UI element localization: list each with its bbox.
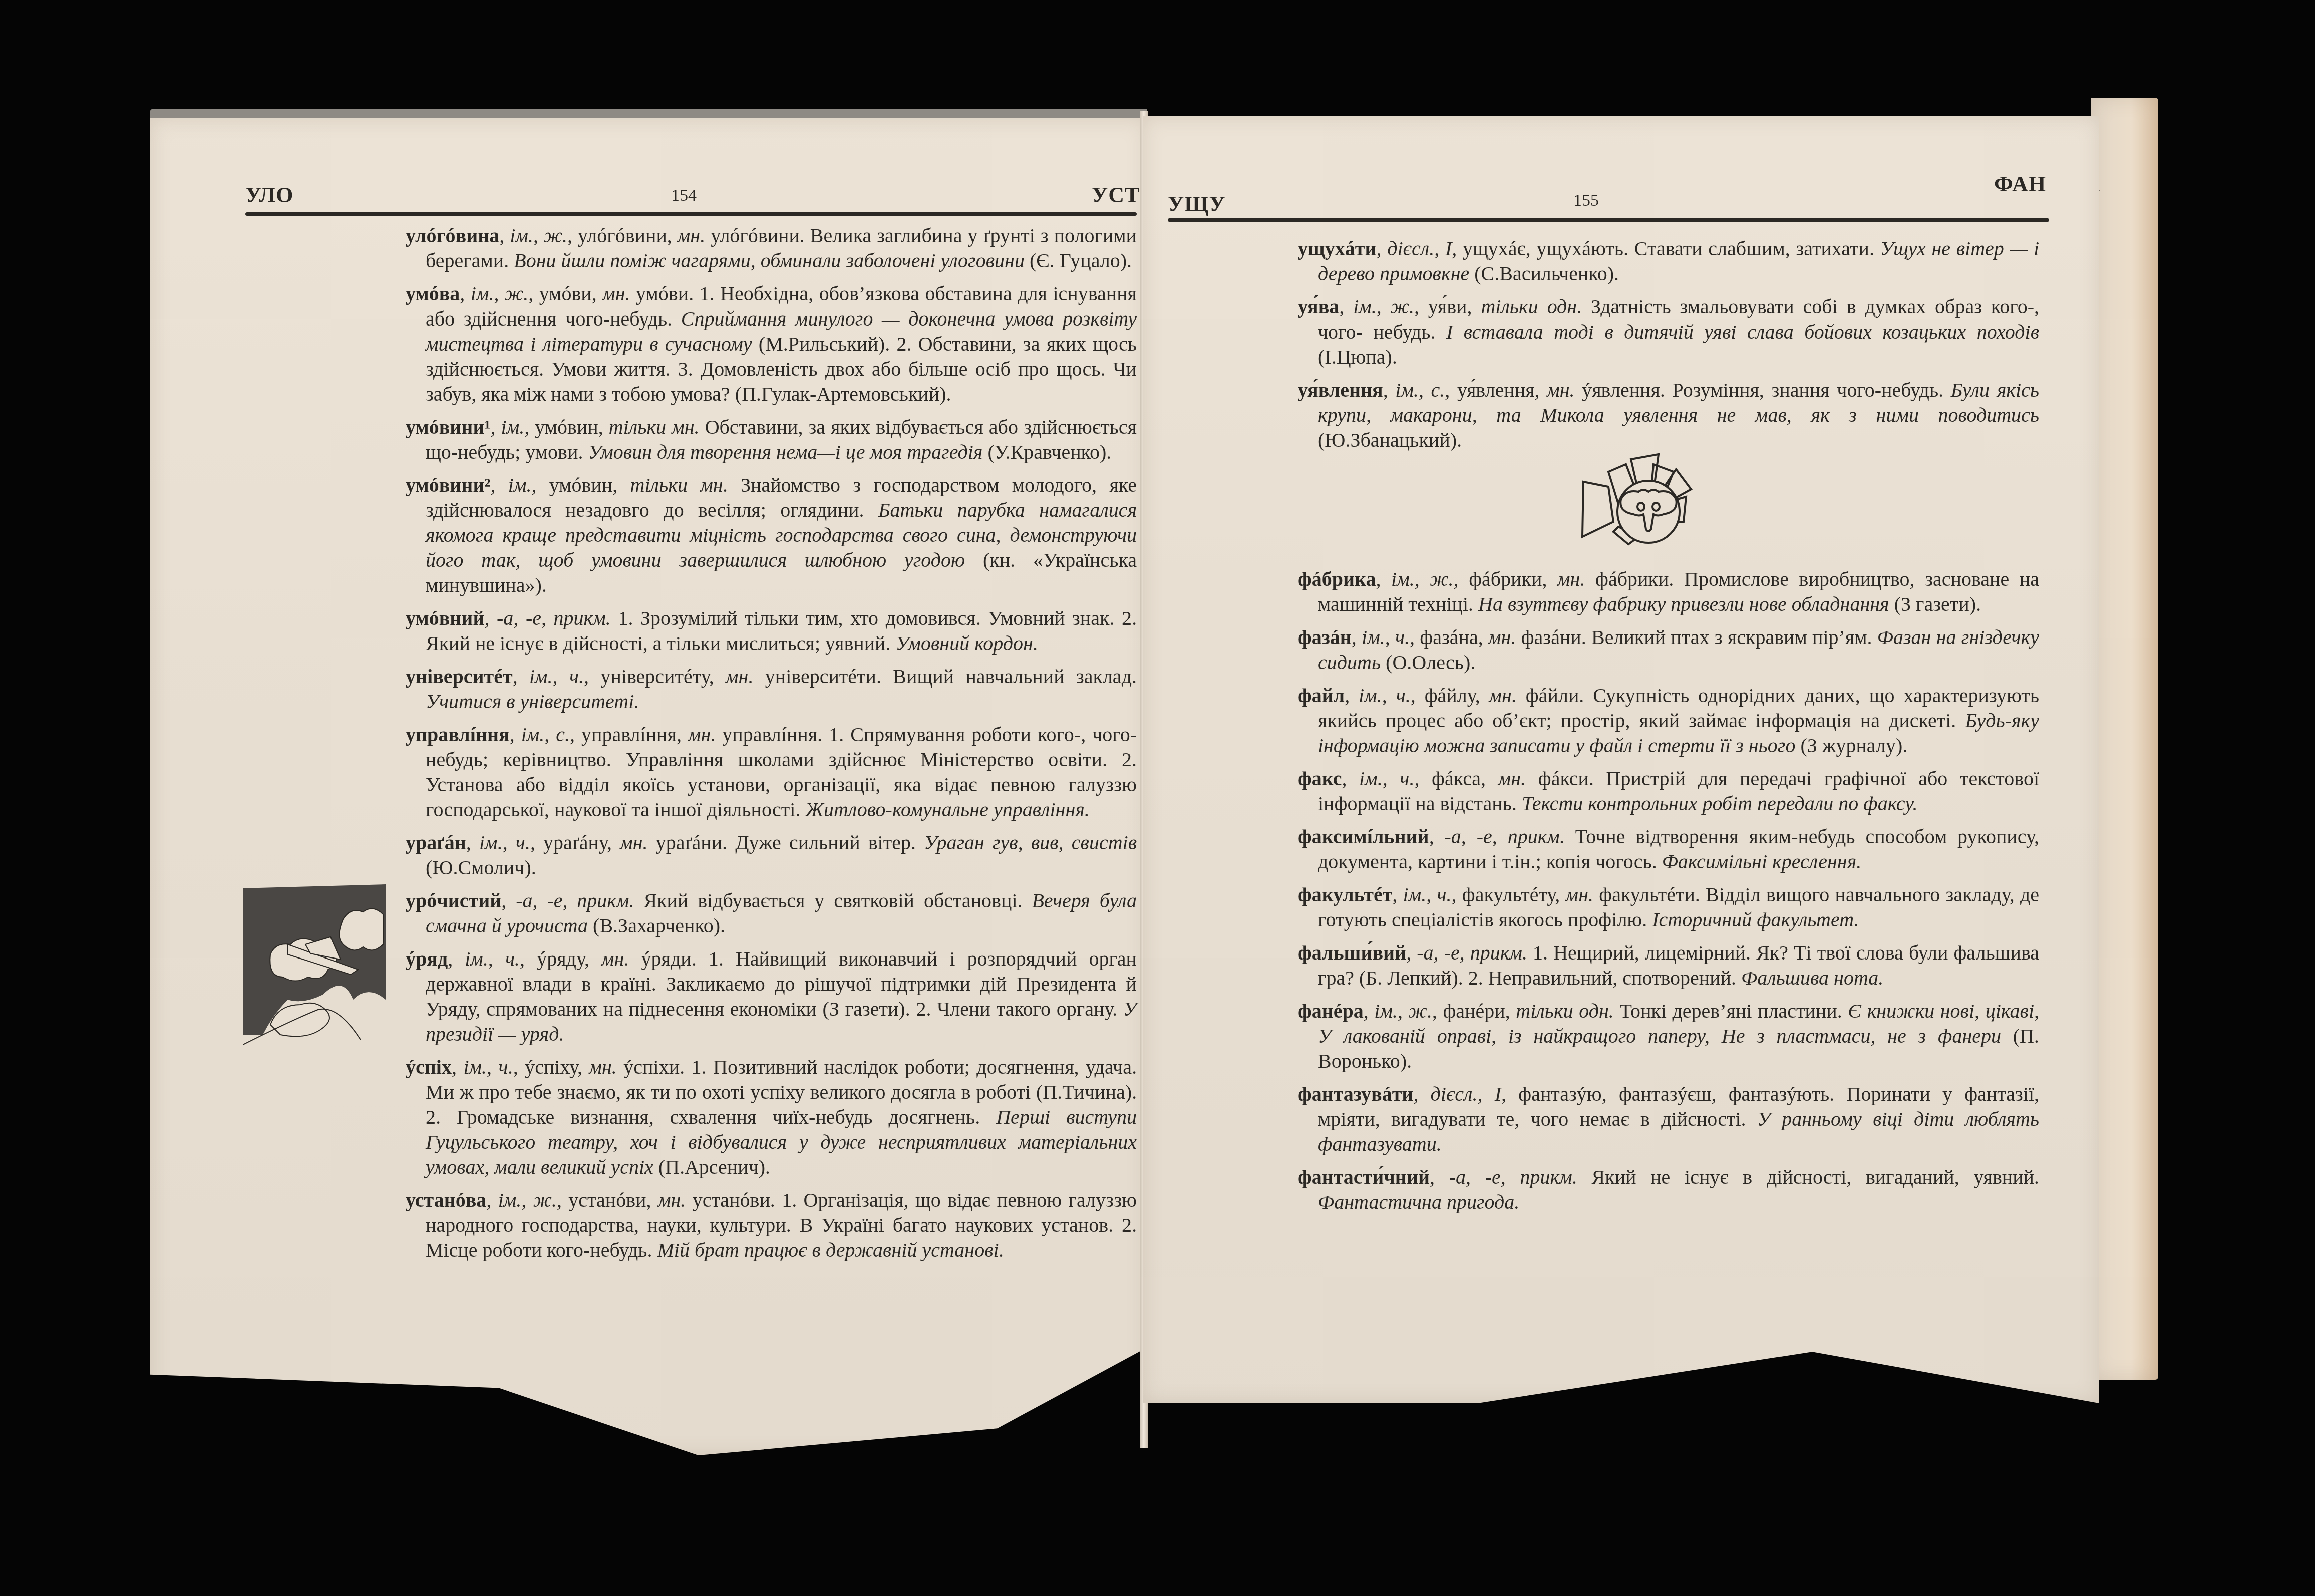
left-running-head-start: УЛО [245, 182, 294, 208]
dictionary-entry: устанóва, ім., ж., устанóви, мн. устанóв… [406, 1188, 1137, 1263]
dictionary-entry: ýспіх, ім., ч., ýспіху, мн. ýспіхи. 1. П… [406, 1055, 1137, 1180]
dictionary-entry: управлíння, ім., с., управлíння, мн. упр… [406, 722, 1137, 822]
left-running-head-end: УСТ [1092, 182, 1140, 208]
right-entries-bottom: фáбрика, ім., ж., фáбрики, мн. фáбрики. … [1298, 567, 2039, 1223]
left-page: УЛО 154 УСТ улóгóвина, ім., ж., улóгóвин… [150, 109, 1147, 1455]
letter-f-emblem-illustration [1578, 442, 1704, 547]
dictionary-entry: фантазувáти, дієсл., I, фантазýю, фантаз… [1298, 1082, 2039, 1157]
dictionary-entry: фáбрика, ім., ж., фáбрики, мн. фáбрики. … [1298, 567, 2039, 617]
dictionary-entry: умóвини², ім., умóвин, тільки мн. Знайом… [406, 473, 1137, 598]
right-running-head-start: УЩУ [1168, 191, 1226, 217]
left-entries: улóгóвина, ім., ж., улóгóвини, мн. улóгó… [406, 223, 1137, 1271]
dictionary-entry: умóвини¹, ім., умóвин, тільки мн. Обстав… [406, 415, 1137, 465]
right-entries-top: ущухáти, дієсл., I, ущухáє, ущухáють. Ст… [1298, 236, 2039, 461]
dictionary-entry: факультéт, ім., ч., факультéту, мн. факу… [1298, 882, 2039, 932]
dictionary-entry: урóчистий, -а, -е, прикм. Який відбуваєт… [406, 888, 1137, 938]
dictionary-entry: фазáн, ім., ч., фазáна, мн. фазáни. Вели… [1298, 625, 2039, 675]
dictionary-entry: ущухáти, дієсл., I, ущухáє, ущухáють. Ст… [1298, 236, 2039, 286]
dictionary-entry: факс, ім., ч., фáкса, мн. фáкси. Пристрі… [1298, 766, 2039, 816]
dictionary-entry: умóва, ім., ж., умóви, мн. умóви. 1. Нео… [406, 281, 1137, 407]
left-header-rule [245, 212, 1137, 216]
left-page-number: 154 [671, 186, 697, 205]
right-page: УЩУ 155 ФАН ущухáти, дієсл., I, ущухáє, … [1143, 116, 2099, 1403]
dictionary-entry: уя́ва, ім., ж., уя́ви, тільки одн. Здатн… [1298, 294, 2039, 370]
dictionary-entry: фанéра, ім., ж., фанéри, тільки одн. Тон… [1298, 999, 2039, 1074]
right-header-rule [1168, 218, 2049, 222]
dictionary-entry: університéт, ім., ч., університéту, мн. … [406, 664, 1137, 714]
dictionary-entry: фантасти́чний, -а, -е, прикм. Який не іс… [1298, 1165, 2039, 1215]
dictionary-entry: умóвний, -а, -е, прикм. 1. Зрозумілий ті… [406, 606, 1137, 656]
dictionary-entry: факсимíльний, -а, -е, прикм. Точне відтв… [1298, 824, 2039, 874]
dictionary-entry: фальши́вий, -а, -е, прикм. 1. Нещирий, л… [1298, 940, 2039, 991]
dictionary-entry: улóгóвина, ім., ж., улóгóвини, мн. улóгó… [406, 223, 1137, 273]
dictionary-entry: ураґáн, ім., ч., ураґáну, мн. ураґáни. Д… [406, 830, 1137, 880]
ship-on-wave-illustration [243, 884, 388, 1050]
right-running-head-end: ФАН [1994, 171, 2046, 197]
right-page-number: 155 [1573, 191, 1599, 210]
dictionary-entry: файл, ім., ч., фáйлу, мн. фáйли. Сукупні… [1298, 683, 2039, 758]
underlying-page: і [2091, 98, 2158, 1380]
dictionary-entry: ýряд, ім., ч., ýряду, мн. ýряди. 1. Найв… [406, 946, 1137, 1047]
